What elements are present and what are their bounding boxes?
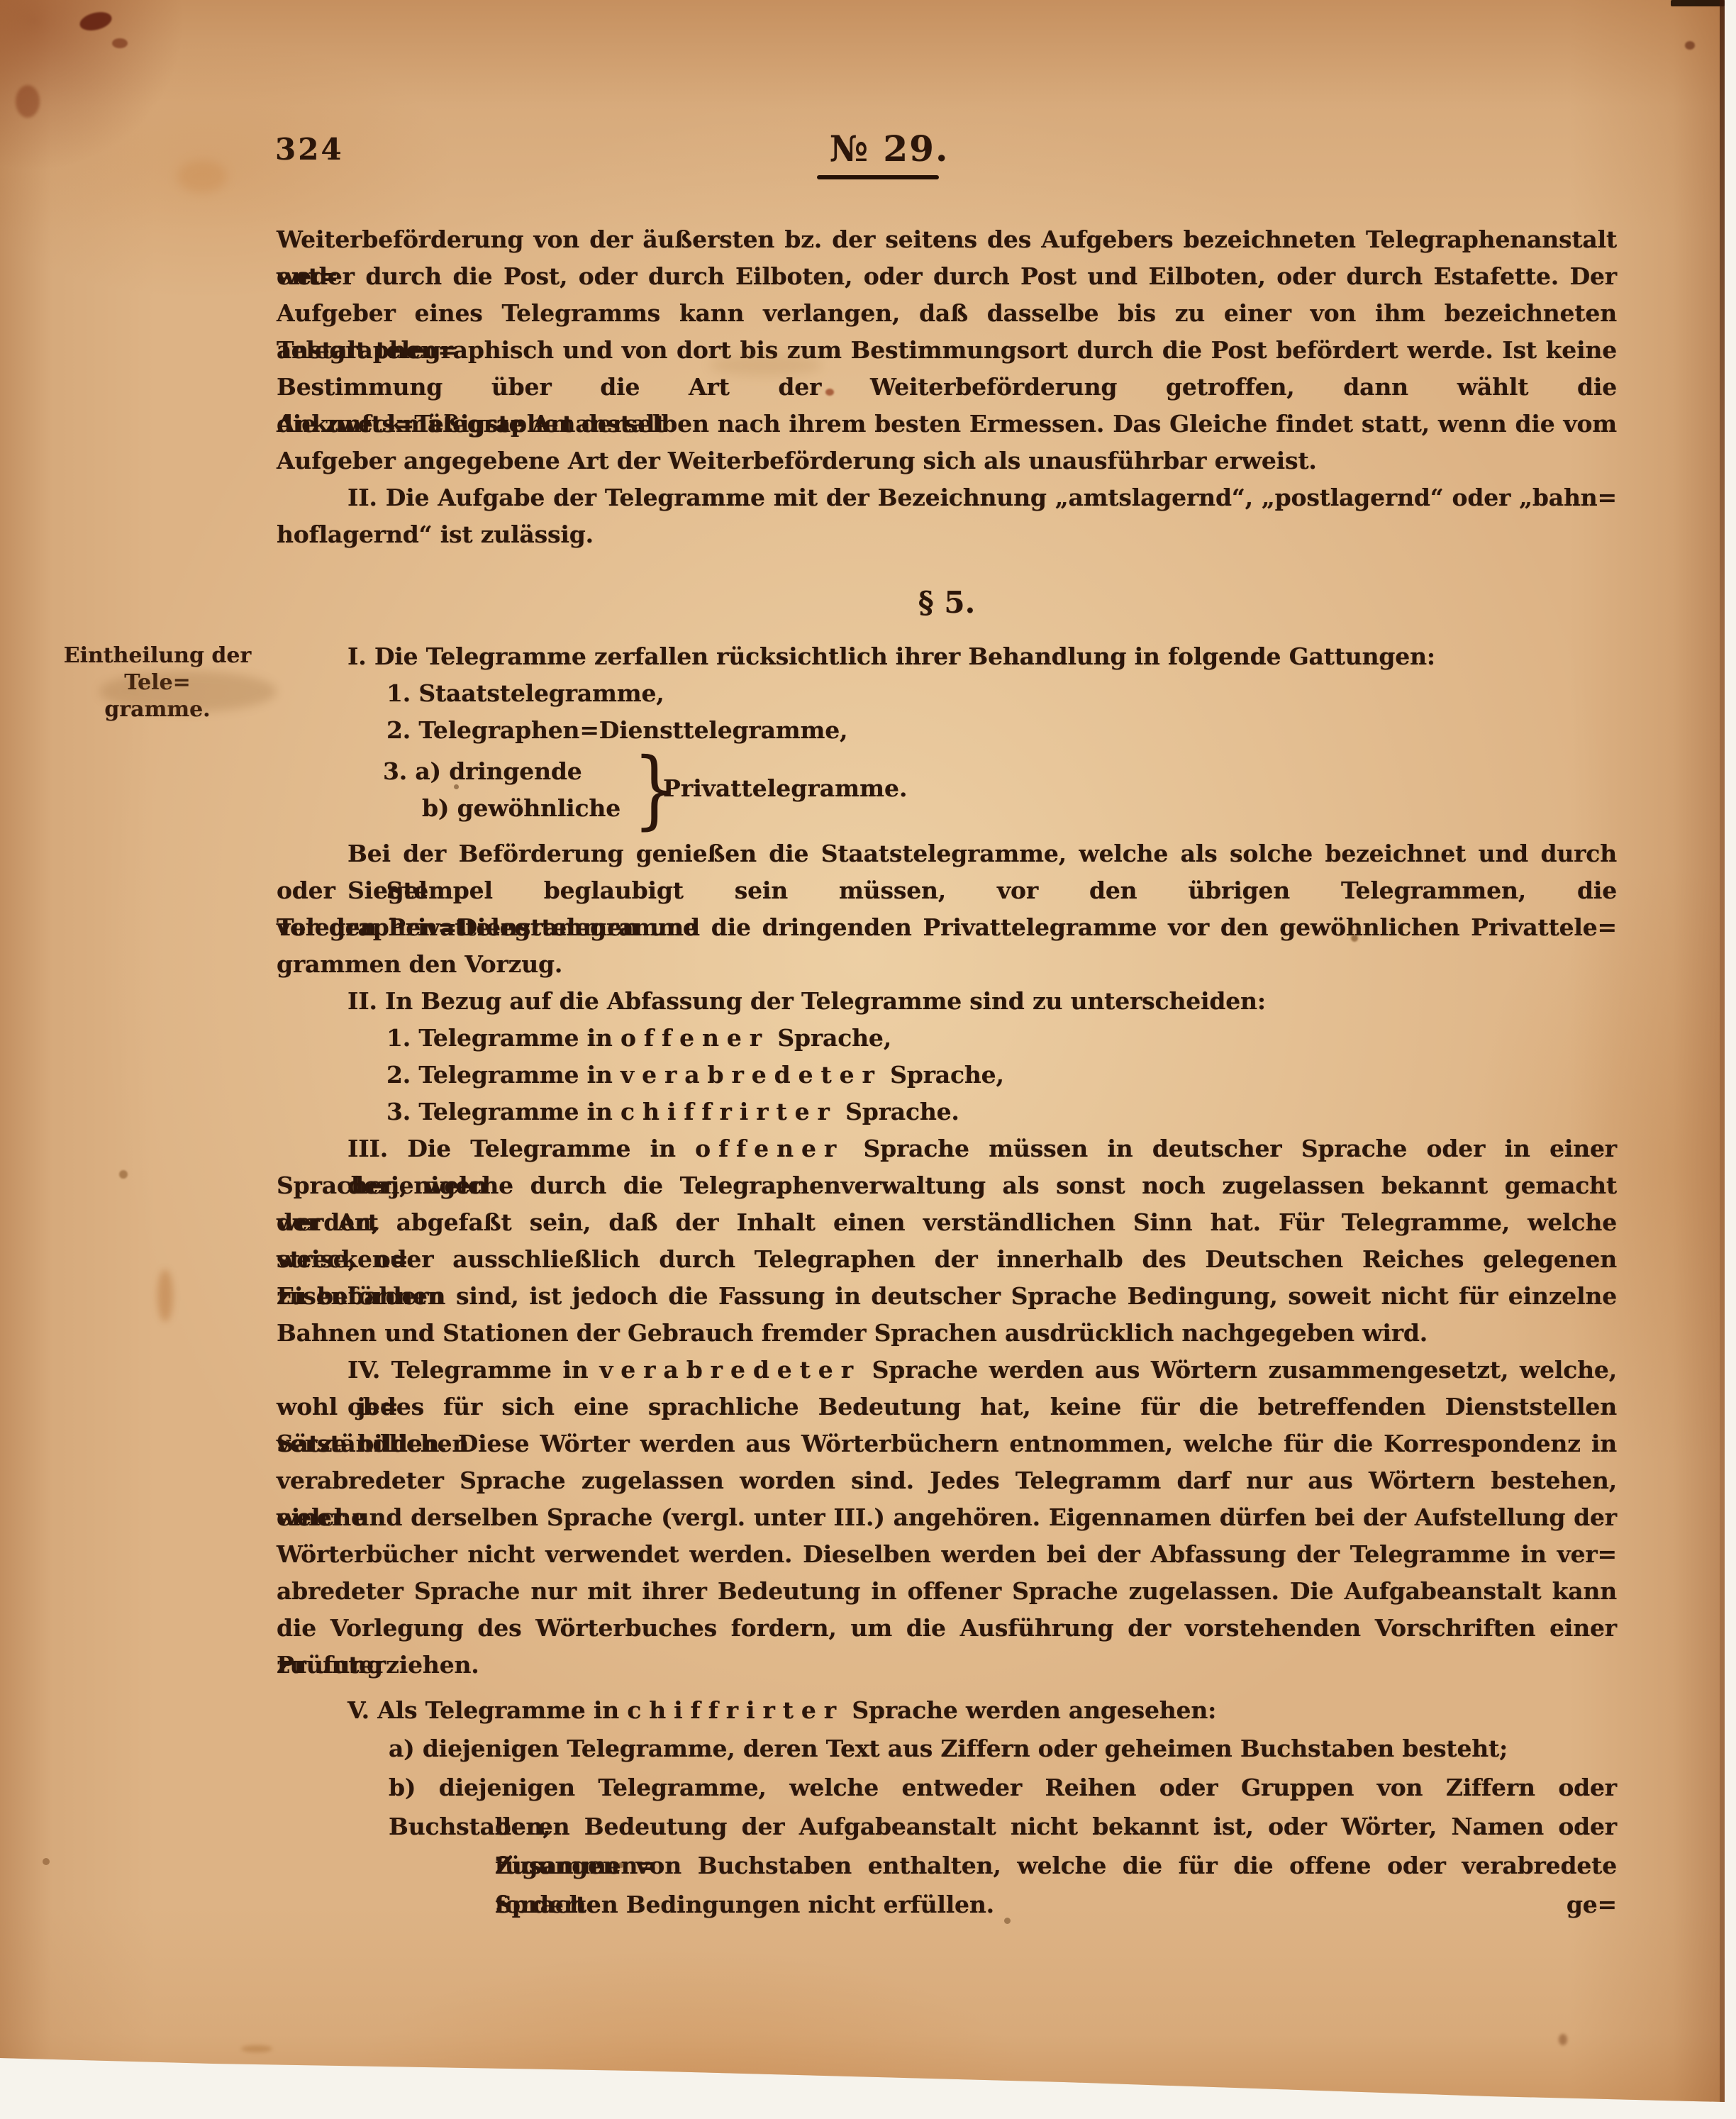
- text-segment: anstalt telegraphisch und von dort bis z…: [277, 336, 1617, 364]
- text-line: oder Stempel beglaubigt sein müssen, vor…: [277, 872, 1617, 909]
- text-segment: Bahnen und Stationen der Gebrauch fremde…: [277, 1319, 1428, 1347]
- text-segment: II. In Bezug auf die Abfassung der Teleg…: [347, 987, 1266, 1015]
- text-segment: II. Die Aufgabe der Telegramme mit der B…: [347, 484, 1617, 511]
- text-line: 3. a) dringende: [383, 753, 1617, 790]
- letterspaced-word: verabredeter: [599, 1356, 861, 1384]
- paper-stain: [112, 38, 128, 48]
- text-segment: einer und derselben Sprache (vergl. unte…: [277, 1503, 1617, 1531]
- text-line: zu unterziehen.: [277, 1647, 1617, 1684]
- text-line: Wörterbücher nicht verwendet werden. Die…: [277, 1536, 1617, 1573]
- text-segment: forderten Bedingungen nicht erfüllen.: [495, 1891, 994, 1918]
- text-segment: 1. Staatstelegramme,: [386, 679, 664, 707]
- text-line: hoflagernd“ ist zulässig.: [277, 516, 1617, 553]
- paper-stain: [1351, 935, 1358, 942]
- text-segment: die zweckmäßigste Art derselben nach ihr…: [277, 410, 1617, 438]
- text-line: anstalt telegraphisch und von dort bis z…: [277, 332, 1617, 369]
- text-line: II. In Bezug auf die Abfassung der Teleg…: [347, 983, 1617, 1020]
- text-line: zu befördern sind, ist jedoch die Fassun…: [277, 1278, 1617, 1315]
- text-line: Bahnen und Stationen der Gebrauch fremde…: [277, 1315, 1617, 1352]
- text-line: b) diejenigen Telegramme, welche entwede…: [389, 1768, 1617, 1807]
- text-line: Bestimmung über die Art der Weiterbeförd…: [277, 369, 1617, 406]
- text-segment: hoflagernd“ ist zulässig.: [277, 521, 594, 548]
- text-line: vor den Privattelegrammen und die dringe…: [277, 909, 1617, 946]
- paper-stain: [1559, 2034, 1567, 2045]
- paper-stain: [618, 1862, 624, 1868]
- paper-stain: [43, 1858, 50, 1865]
- paper-stain: [241, 2045, 272, 2052]
- text-line: weise, oder ausschließlich durch Telegra…: [277, 1241, 1617, 1278]
- text-segment: V. Als Telegramme in: [347, 1696, 627, 1724]
- text-line: 1. Telegramme in offener Sprache,: [386, 1020, 1617, 1057]
- text-line: 3. Telegramme in chiffrirter Sprache.: [386, 1094, 1617, 1130]
- text-segment: vor den Privattelegrammen und die dringe…: [277, 913, 1617, 941]
- text-segment: 3. Telegramme in: [386, 1098, 621, 1125]
- text-segment: zu unterziehen.: [277, 1651, 479, 1679]
- text-segment: 1. Telegramme in: [386, 1024, 621, 1052]
- text-line: Aufgeber angegebene Art der Weiterbeförd…: [277, 443, 1617, 479]
- group-label: Privattelegramme.: [663, 774, 907, 802]
- text-line: Weiterbeförderung von der äußersten bz. …: [277, 221, 1617, 258]
- text-line: a) diejenigen Telegramme, deren Text aus…: [389, 1729, 1617, 1768]
- text-segment: IV. Telegramme in: [347, 1356, 599, 1384]
- text-line: die zweckmäßigste Art derselben nach ihr…: [277, 406, 1617, 443]
- ink-bleedthrough: [709, 355, 823, 376]
- text-line: 2. Telegramme in verabredeter Sprache,: [386, 1057, 1617, 1094]
- text-line: Aufgeber eines Telegramms kann verlangen…: [277, 295, 1617, 332]
- text-line: verabredeter Sprache zugelassen worden s…: [277, 1462, 1617, 1499]
- text-segment: Aufgeber angegebene Art der Weiterbeförd…: [277, 447, 1317, 474]
- text-line: I. Die Telegramme zerfallen rücksichtlic…: [347, 638, 1617, 675]
- text-line: fügungen von Buchstaben enthalten, welch…: [495, 1846, 1617, 1885]
- text-segment: Sprache,: [882, 1061, 1004, 1089]
- text-segment: zu befördern sind, ist jedoch die Fassun…: [277, 1282, 1617, 1310]
- text-line: grammen den Vorzug.: [277, 946, 1617, 983]
- header-rule: [817, 175, 939, 179]
- paper-stain: [825, 389, 834, 396]
- paper-stain: [454, 784, 459, 789]
- paper-stain: [1671, 0, 1725, 6]
- ink-bleedthrough: [99, 671, 277, 712]
- text-line: 2. Telegraphen=Diensttelegramme,: [386, 712, 1617, 749]
- text-line: Bei der Beförderung genießen die Staatst…: [347, 835, 1617, 872]
- body-text: Weiterbeförderung von der äußersten bz. …: [277, 221, 1617, 1924]
- text-segment: a) diejenigen Telegramme, deren Text aus…: [389, 1735, 1508, 1762]
- text-line: Sprachen, welche durch die Telegraphenve…: [277, 1167, 1617, 1204]
- text-segment: Sätze bilden. Diese Wörter werden aus Wö…: [277, 1430, 1617, 1457]
- paper-stain: [177, 160, 227, 193]
- text-segment: Wörterbücher nicht verwendet werden. Die…: [277, 1540, 1617, 1568]
- text-line: III. Die Telegramme in offener Sprache m…: [347, 1130, 1617, 1167]
- text-segment: abredeter Sprache nur mit ihrer Bedeutun…: [277, 1577, 1617, 1605]
- scanned-document-page: 324 № 29. Eintheilung der Tele= gramme. …: [0, 0, 1736, 2119]
- text-line: V. Als Telegramme in chiffrirter Sprache…: [347, 1692, 1617, 1729]
- text-line: weder durch die Post, oder durch Eilbote…: [277, 258, 1617, 295]
- text-line: die Vorlegung des Wörterbuches fordern, …: [277, 1610, 1617, 1647]
- text-line: II. Die Aufgabe der Telegramme mit der B…: [347, 479, 1617, 516]
- letterspaced-word: offener: [621, 1024, 769, 1052]
- text-line: der Art abgefaßt sein, daß der Inhalt ei…: [277, 1204, 1617, 1241]
- text-segment: 2. Telegraphen=Diensttelegramme,: [386, 716, 847, 744]
- paper-stain: [78, 9, 113, 33]
- text-line: Sätze bilden. Diese Wörter werden aus Wö…: [277, 1425, 1617, 1462]
- text-segment: Sprache.: [838, 1098, 959, 1125]
- letterspaced-word: verabredeter: [621, 1061, 882, 1089]
- text-line: wohl jedes für sich eine sprachliche Bed…: [277, 1389, 1617, 1425]
- letterspaced-word: chiffrirter: [621, 1098, 838, 1125]
- text-segment: grammen den Vorzug.: [277, 950, 562, 978]
- issue-number: № 29.: [21, 128, 1736, 169]
- paper-stain: [1004, 1918, 1011, 1924]
- paper-sheet: 324 № 29. Eintheilung der Tele= gramme. …: [0, 0, 1725, 2119]
- text-segment: Sprache,: [769, 1024, 891, 1052]
- text-line: abredeter Sprache nur mit ihrer Bedeutun…: [277, 1573, 1617, 1610]
- letterspaced-word: offener: [695, 1135, 844, 1162]
- paper-stain: [1685, 41, 1695, 50]
- paper-stain: [157, 1269, 173, 1322]
- text-line: einer und derselben Sprache (vergl. unte…: [277, 1499, 1617, 1536]
- text-line: b) gewöhnliche: [422, 790, 1617, 827]
- section-heading: § 5.: [277, 584, 1617, 621]
- text-line: deren Bedeutung der Aufgabeanstalt nicht…: [495, 1807, 1617, 1846]
- paper-stain: [119, 1170, 128, 1179]
- text-line: 1. Staatstelegramme,: [386, 675, 1617, 712]
- text-segment: weder durch die Post, oder durch Eilbote…: [277, 262, 1617, 290]
- paper-stain: [16, 85, 40, 118]
- letterspaced-word: chiffrirter: [627, 1696, 844, 1724]
- bracketed-list-group: 3. a) dringendeb) gewöhnliche}Privattele…: [277, 749, 1617, 835]
- text-segment: Sprache werden angesehen:: [844, 1696, 1216, 1724]
- text-segment: III. Die Telegramme in: [347, 1135, 695, 1162]
- text-segment: 2. Telegramme in: [386, 1061, 621, 1089]
- text-line: IV. Telegramme in verabredeter Sprache w…: [347, 1352, 1617, 1389]
- text-segment: I. Die Telegramme zerfallen rücksichtlic…: [347, 643, 1435, 670]
